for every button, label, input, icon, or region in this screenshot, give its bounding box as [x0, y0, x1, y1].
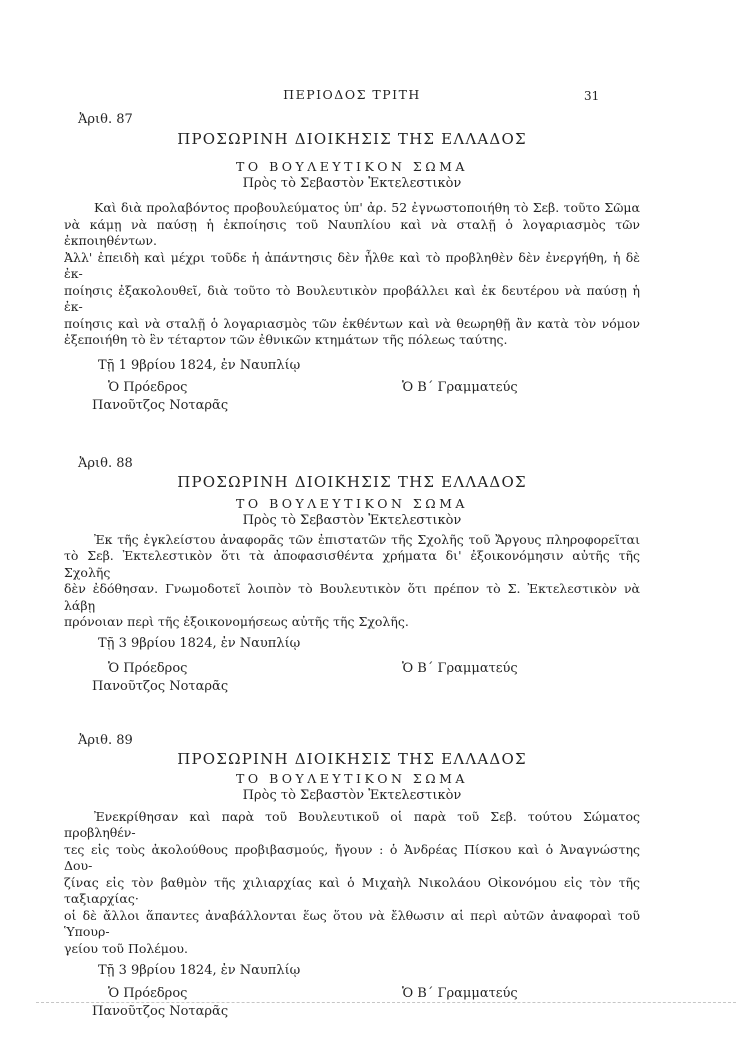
doc-number: Ἀριθ. 88	[64, 457, 640, 471]
signature-secretary-title: Ὁ Β΄ Γραμματεύς	[402, 380, 518, 396]
scan-artifact-dashed-line	[36, 1002, 736, 1003]
body-heading: ΤΟ ΒΟΥΛΕΥΤΙΚΟΝ ΣΩΜΑ	[64, 497, 640, 511]
body-line: δὲν ἐδόθησαν. Γνωμοδοτεῖ λοιπὸν τὸ Βουλε…	[64, 581, 640, 614]
body-paragraph: Ἐνεκρίθησαν καὶ παρὰ τοῦ Βουλευτικοῦ οἱ …	[64, 809, 640, 958]
document-88: Ἀριθ. 88 ΠΡΟΣΩΡΙΝΗ ΔΙΟΙΚΗΣΙΣ ΤΗΣ ΕΛΛΑΔΟΣ…	[64, 457, 640, 695]
dateline: Τῇ 3 9βρίου 1824, ἐν Ναυπλίῳ	[64, 636, 640, 652]
body-line: Ἀλλ' ἐπειδὴ καὶ μέχρι τοῦδε ἡ ἀπάντησις …	[64, 250, 640, 283]
body-line: ζίνας εἰς τὸν βαθμὸν τῆς χιλιαρχίας καὶ …	[64, 875, 640, 908]
scanned-document-page: ΠΕΡΙΟΔΟΣ ΤΡΙΤΗ 31 Ἀριθ. 87 ΠΡΟΣΩΡΙΝΗ ΔΙΟ…	[0, 0, 744, 1052]
signature-row: Ὁ Πρόεδρος Ὁ Β΄ Γραμματεύς	[64, 380, 640, 396]
salutation: Πρὸς τὸ Σεβαστὸν Ἐκτελεστικὸν	[64, 176, 640, 191]
body-line: ἐξεποιήθη τὸ ἓν τέταρτον τῶν ἐθνικῶν κτη…	[64, 332, 640, 349]
body-line: ποίησις καὶ νὰ σταλῇ ὁ λογαριασμὸς τῶν ἐ…	[64, 316, 640, 333]
body-line: τες εἰς τοὺς ἀκολούθους προβιβασμούς, ἤγ…	[64, 842, 640, 875]
signature-president-title: Ὁ Πρόεδρος	[108, 380, 187, 396]
signature-row: Ὁ Πρόεδρος Ὁ Β΄ Γραμματεύς	[64, 986, 640, 1002]
document-87: Ἀριθ. 87 ΠΡΟΣΩΡΙΝΗ ΔΙΟΙΚΗΣΙΣ ΤΗΣ ΕΛΛΑΔΟΣ…	[64, 113, 640, 414]
text-column: Ἀριθ. 87 ΠΡΟΣΩΡΙΝΗ ΔΙΟΙΚΗΣΙΣ ΤΗΣ ΕΛΛΑΔΟΣ…	[64, 0, 640, 1020]
body-line: Καὶ διὰ προλαβόντος προβουλεύματος ὑπ' ἀ…	[64, 200, 640, 217]
body-line: πρόνοιαν περὶ τῆς ἐξοικονομήσεως αὐτῆς τ…	[64, 614, 640, 631]
signature-row: Ὁ Πρόεδρος Ὁ Β΄ Γραμματεύς	[64, 661, 640, 677]
body-line: οἱ δὲ ἄλλοι ἅπαντες ἀναβάλλονται ἕως ὅτο…	[64, 908, 640, 941]
signature-president-name: Πανοῦτζος Νοταρᾶς	[64, 398, 640, 414]
body-line: γείου τοῦ Πολέμου.	[64, 941, 640, 958]
body-heading: ΤΟ ΒΟΥΛΕΥΤΙΚΟΝ ΣΩΜΑ	[64, 772, 640, 786]
body-line: τὸ Σεβ. Ἐκτελεστικὸν ὅτι τὰ ἀποφασισθέντ…	[64, 548, 640, 581]
salutation: Πρὸς τὸ Σεβαστὸν Ἐκτελεστικὸν	[64, 513, 640, 528]
body-heading: ΤΟ ΒΟΥΛΕΥΤΙΚΟΝ ΣΩΜΑ	[64, 160, 640, 174]
signature-president-name: Πανοῦτζος Νοταρᾶς	[64, 1004, 640, 1020]
dateline: Τῇ 3 9βρίου 1824, ἐν Ναυπλίῳ	[64, 963, 640, 979]
org-title: ΠΡΟΣΩΡΙΝΗ ΔΙΟΙΚΗΣΙΣ ΤΗΣ ΕΛΛΑΔΟΣ	[64, 750, 640, 768]
signature-president-name: Πανοῦτζος Νοταρᾶς	[64, 679, 640, 695]
signature-secretary-title: Ὁ Β΄ Γραμματεύς	[402, 661, 518, 677]
body-line: Ἐκ τῆς ἐγκλείστου ἀναφορᾶς τῶν ἐπιστατῶν…	[64, 532, 640, 549]
salutation: Πρὸς τὸ Σεβαστὸν Ἐκτελεστικὸν	[64, 788, 640, 803]
body-line: ποίησις ἐξακολουθεῖ, διὰ τοῦτο τὸ Βουλευ…	[64, 283, 640, 316]
org-title: ΠΡΟΣΩΡΙΝΗ ΔΙΟΙΚΗΣΙΣ ΤΗΣ ΕΛΛΑΔΟΣ	[64, 130, 640, 148]
document-89: Ἀριθ. 89 ΠΡΟΣΩΡΙΝΗ ΔΙΟΙΚΗΣΙΣ ΤΗΣ ΕΛΛΑΔΟΣ…	[64, 734, 640, 1021]
signature-president-title: Ὁ Πρόεδρος	[108, 661, 187, 677]
dateline: Τῇ 1 9βρίου 1824, ἐν Ναυπλίῳ	[64, 358, 640, 374]
signature-secretary-title: Ὁ Β΄ Γραμματεύς	[402, 986, 518, 1002]
body-line: νὰ κάμῃ νὰ παύσῃ ἡ ἐκποίησις τοῦ Ναυπλίο…	[64, 217, 640, 250]
body-paragraph: Καὶ διὰ προλαβόντος προβουλεύματος ὑπ' ἀ…	[64, 200, 640, 349]
body-paragraph: Ἐκ τῆς ἐγκλείστου ἀναφορᾶς τῶν ἐπιστατῶν…	[64, 532, 640, 631]
org-title: ΠΡΟΣΩΡΙΝΗ ΔΙΟΙΚΗΣΙΣ ΤΗΣ ΕΛΛΑΔΟΣ	[64, 473, 640, 491]
signature-president-title: Ὁ Πρόεδρος	[108, 986, 187, 1002]
doc-number: Ἀριθ. 89	[64, 734, 640, 748]
doc-number: Ἀριθ. 87	[64, 113, 640, 127]
body-line: Ἐνεκρίθησαν καὶ παρὰ τοῦ Βουλευτικοῦ οἱ …	[64, 809, 640, 842]
